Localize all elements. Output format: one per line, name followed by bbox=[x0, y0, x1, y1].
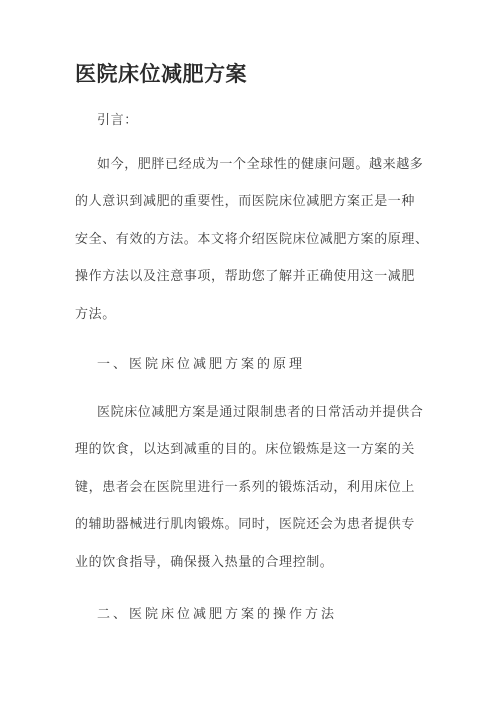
text-line: 业的饮食指导，确保摄入热量的合理控制。 bbox=[75, 543, 430, 581]
document-title: 医院床位减肥方案 bbox=[75, 60, 430, 90]
text-line: 方法。 bbox=[75, 295, 430, 333]
section-1-heading: 一、医院床位减肥方案的原理 bbox=[75, 345, 430, 383]
section-1-heading-paragraph: 一、医院床位减肥方案的原理 bbox=[75, 345, 430, 383]
text-line: 的辅助器械进行肌肉锻炼。同时，医院还会为患者提供专 bbox=[75, 505, 430, 543]
section-1-body-paragraph: 医院床位减肥方案是通过限制患者的日常活动并提供合 理的饮食，以达到减重的目的。床… bbox=[75, 393, 430, 581]
section-2-heading-paragraph: 二、医院床位减肥方案的操作方法 bbox=[75, 595, 430, 633]
text-line: 的人意识到减肥的重要性，而医院床位减肥方案正是一种 bbox=[75, 182, 430, 220]
text-line: 医院床位减肥方案是通过限制患者的日常活动并提供合 bbox=[75, 393, 430, 431]
text-line: 理的饮食，以达到减重的目的。床位锻炼是这一方案的关 bbox=[75, 430, 430, 468]
intro-label-paragraph: 引言： bbox=[75, 101, 430, 139]
document-page: 医院床位减肥方案 引言： 如今，肥胖已经成为一个全球性的健康问题。越来越多 的人… bbox=[0, 0, 500, 707]
section-2-heading: 二、医院床位减肥方案的操作方法 bbox=[75, 595, 430, 633]
text-line: 如今，肥胖已经成为一个全球性的健康问题。越来越多 bbox=[75, 145, 430, 183]
intro-paragraph: 如今，肥胖已经成为一个全球性的健康问题。越来越多 的人意识到减肥的重要性，而医院… bbox=[75, 145, 430, 333]
text-line: 键，患者会在医院里进行一系列的锻炼活动，利用床位上 bbox=[75, 468, 430, 506]
text-line: 安全、有效的方法。本文将介绍医院床位减肥方案的原理、 bbox=[75, 220, 430, 258]
intro-label: 引言： bbox=[75, 101, 430, 139]
text-line: 操作方法以及注意事项，帮助您了解并正确使用这一减肥 bbox=[75, 257, 430, 295]
